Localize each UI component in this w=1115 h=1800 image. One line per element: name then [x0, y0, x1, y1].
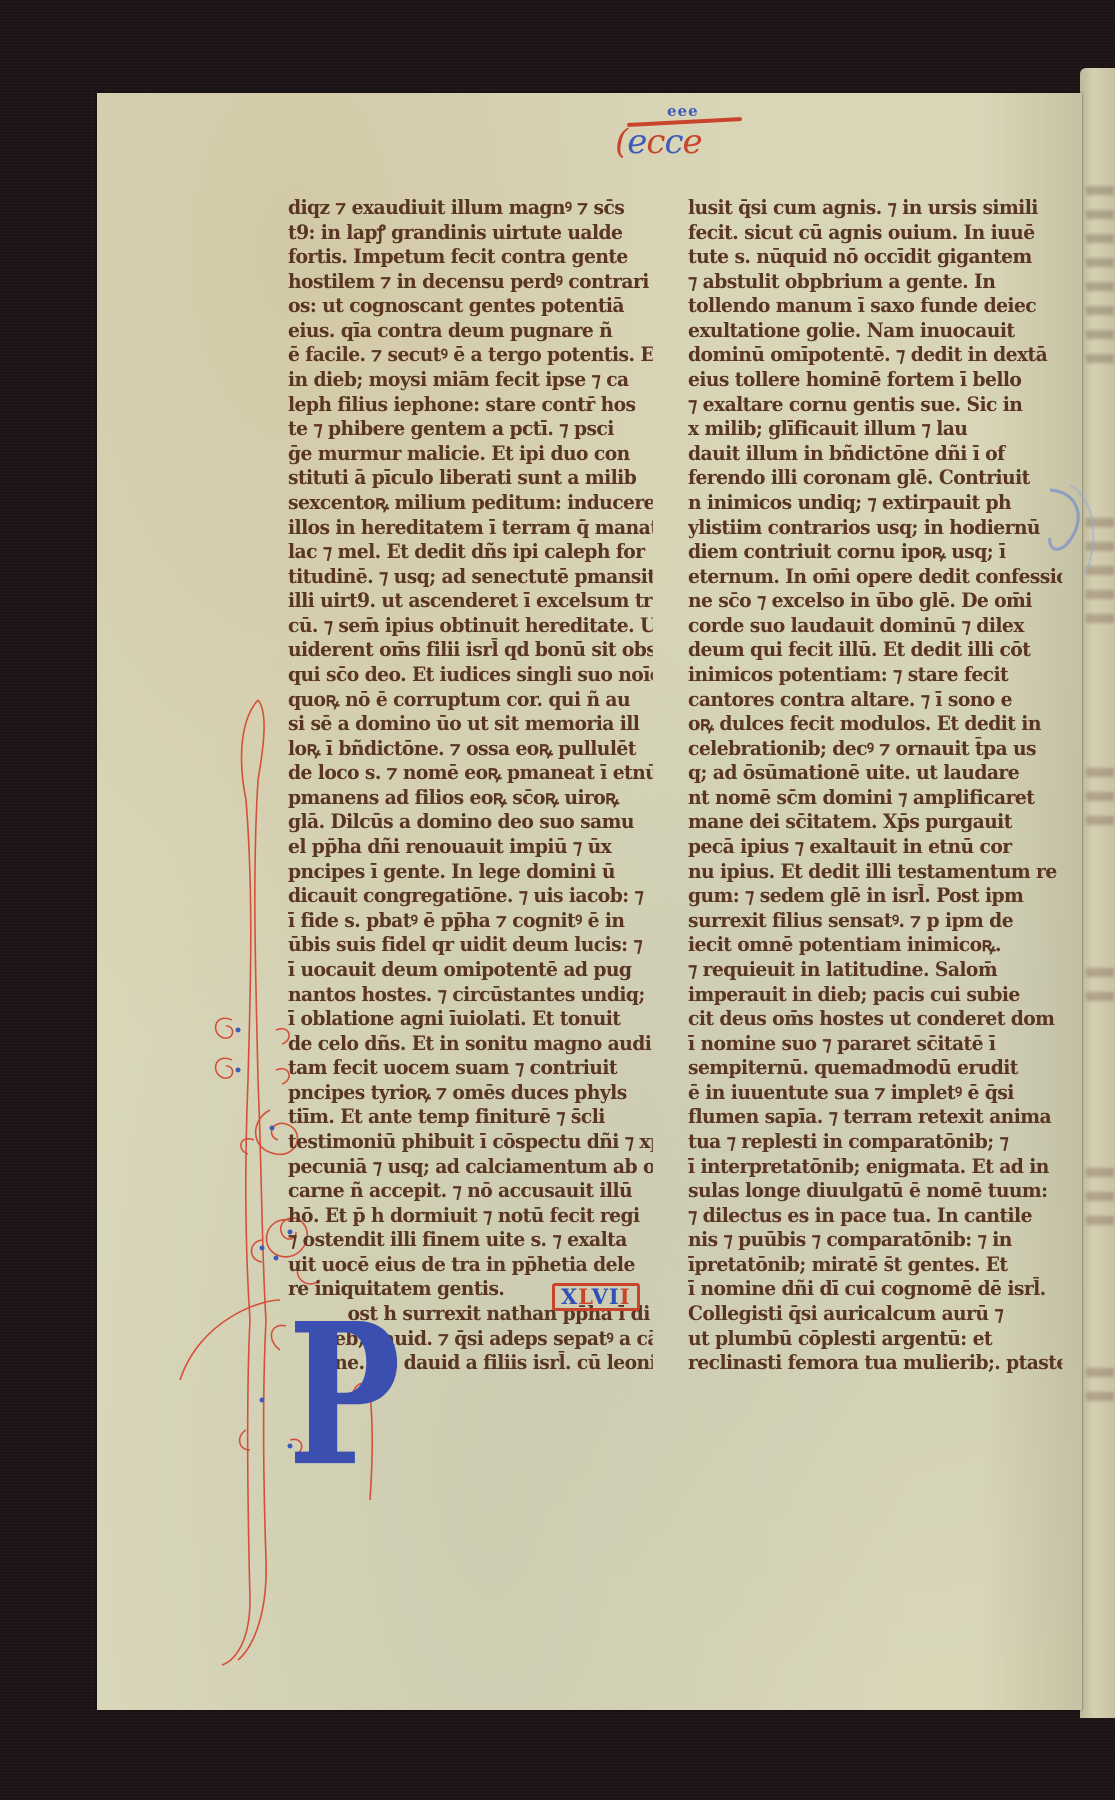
text-line: nu ipius. Et dedit illi testamentum re [688, 860, 1062, 885]
text-line: Collegisti q̄si auricalcum aurū ⁊ [688, 1302, 1062, 1327]
text-line: sempiternū. quemadmodū erudit [688, 1056, 1062, 1081]
text-line: iecit omnē potentiam inimicoꝶ. [688, 933, 1062, 958]
text-line: pncipes tyrioꝶ ⁊ omēs duces phyls [288, 1081, 653, 1106]
adjacent-folio-edge [1080, 68, 1115, 1718]
text-line: lusit q̄si cum agnis. ⁊ in ursis simili [688, 196, 1062, 221]
text-line: q; ad ōsūmationē uite. ut laudare [688, 761, 1062, 786]
text-line: ne sc̄o ⁊ excelso in ūbo glē. De om̄i [688, 589, 1062, 614]
text-line: hō. Et p̄ h dormiuit ⁊ notū fecit regi [288, 1204, 653, 1229]
text-line: pmanens ad filios eoꝶ sc̄oꝶ uiroꝶ [288, 786, 653, 811]
text-line: fecit. sicut cū agnis ouium. In iuuē [688, 221, 1062, 246]
text-line: nantos hostes. ⁊ circūstantes undiq; [288, 983, 653, 1008]
text-line: os: ut cognoscant gentes potentiā [288, 294, 653, 319]
text-line: ē in iuuentute sua ⁊ impletꝰ ē q̄si [688, 1081, 1062, 1106]
text-line: ⁊ requieuit in latitudine. Salom̄ [688, 958, 1062, 983]
text-line: cū. ⁊ sem̄ ipius obtinuit hereditate. Ut [288, 614, 653, 639]
text-line: fortis. Impetum fecit contra gente [288, 245, 653, 270]
text-line: deum qui fecit illū. Et dedit illi cōt [688, 638, 1062, 663]
text-line: uit uocē eius de tra in pp̄hetia dele [288, 1253, 653, 1278]
text-line: ḡe murmur malicie. Et ipi duo con [288, 442, 653, 467]
text-line: nt nomē sc̄m domini ⁊ amplificaret [688, 786, 1062, 811]
text-line: eius tollere hominē fortem ī bello [688, 368, 1062, 393]
text-line: oꝶ dulces fecit modulos. Et dedit in [688, 712, 1062, 737]
text-line: t9: in lapꝭ grandinis uirtute ualde [288, 221, 653, 246]
text-line: quoꝶ nō ē corruptum cor. qui ñ au [288, 688, 653, 713]
chapter-number: XLVII [552, 1283, 640, 1311]
text-line: diem contriuit cornu ipoꝶ usq; ī [688, 540, 1062, 565]
text-line: exultatione golie. Nam inuocauit [688, 319, 1062, 344]
text-line: pecā ipius ⁊ exaltauit in etnū cor [688, 835, 1062, 860]
text-line: qui sc̄o deo. Et iudices singli suo noīe [288, 663, 653, 688]
text-line: illi uirt9. ut ascenderet ī excelsum tre… [288, 589, 653, 614]
text-line: te ⁊ phibere gentem a pctī. ⁊ psci [288, 417, 653, 442]
text-line: ⁊ abstulit obpbrium a gente. In [688, 270, 1062, 295]
text-line: ferendo illi coronam glē. Contriuit [688, 466, 1062, 491]
text-line: in dieb; moysi miām fecit ipse ⁊ ca [288, 368, 653, 393]
text-line: ūbis suis fidel qr uidit deum lucis: ⁊ [288, 933, 653, 958]
text-line: ī nomine suo ⁊ pararet sc̄itatē ī [688, 1032, 1062, 1057]
text-line: uiderent om̄s filii isrl̄ qd bonū sit ob… [288, 638, 653, 663]
text-line: imperauit in dieb; pacis cui subie [688, 983, 1062, 1008]
text-line: gum: ⁊ sedem glē in isrl̄. Post ipm [688, 884, 1062, 909]
text-line: carne ñ accepit. ⁊ nō accusauit illū [288, 1179, 653, 1204]
text-column-left: diqz ⁊ exaudiuit illum magnꝰ ⁊ sc̄s t9: … [288, 196, 653, 1376]
text-line: ē facile. ⁊ secutꝰ ē a tergo potentis. E… [288, 343, 653, 368]
text-line: dauit illum in bñdictōne dñi ī of [688, 442, 1062, 467]
text-line: testimoniū phibuit ī cōspectu dñi ⁊ xp̄i… [288, 1130, 653, 1155]
text-line: cantores contra altare. ⁊ ī sono e [688, 688, 1062, 713]
text-line: illos in hereditatem ī terram q̄ manat [288, 516, 653, 541]
text-line: ī oblatione agni īuiolati. Et tonuit [288, 1007, 653, 1032]
text-line: ī nomine dñi dī cui cognomē dē isrl̄. [688, 1277, 1062, 1302]
text-line: celebrationib; decꝰ ⁊ ornauit t̄pa us [688, 737, 1062, 762]
text-line: el pp̄ha dñi renouauit impiū ⁊ ūx [288, 835, 653, 860]
decorated-initial-p: P [288, 1310, 348, 1500]
text-line: dominū omīpotentē. ⁊ dedit in dextā [688, 343, 1062, 368]
text-line: tiīm. Et ante temp finiturē ⁊ s̄cli [288, 1105, 653, 1130]
text-line: pecuniā ⁊ usq; ad calciamentum ab om̄ [288, 1155, 653, 1180]
running-head-crown: eee [667, 102, 699, 120]
running-head: eee (ecce [615, 100, 755, 170]
text-line: flumen sapīa. ⁊ terram retexit anima [688, 1105, 1062, 1130]
text-line: ī fide s. pbatꝰ ē pp̄ha ⁊ cognitꝰ ē in [288, 909, 653, 934]
text-line: eius. qīa contra deum pugnare ñ [288, 319, 653, 344]
text-line: reclinasti femora tua mulierib;. ptaste [688, 1351, 1062, 1376]
text-line: si sē a domino ūo ut sit memoria ill [288, 712, 653, 737]
text-line: stituti ā pīculo liberati sunt a milib [288, 466, 653, 491]
text-line: ⁊ exaltare cornu gentis sue. Sic in [688, 393, 1062, 418]
initial-letter: P [288, 1298, 401, 1493]
text-line: sexcentoꝶ milium peditum: inducere [288, 491, 653, 516]
text-line: eternum. In om̄i opere dedit confessio [688, 565, 1062, 590]
text-line: lac ⁊ mel. Et dedit dñs ipi caleph for [288, 540, 653, 565]
text-line: mane dei sc̄itatem. Xp̄s purgauit [688, 810, 1062, 835]
text-line: inimicos potentiam: ⁊ stare fecit [688, 663, 1062, 688]
text-line: titudinē. ⁊ usq; ad senectutē pmansit [288, 565, 653, 590]
text-line: tam fecit uocem suam ⁊ contriuit [288, 1056, 653, 1081]
text-line: surrexit filius sensatꝰ. ⁊ p ipm de [688, 909, 1062, 934]
text-line: leph filius iephone: stare contr̄ hos [288, 393, 653, 418]
text-line: nis ⁊ puūbis ⁊ comparatōnib: ⁊ in [688, 1228, 1062, 1253]
text-line: ⁊ dilectus es in pace tua. In cantile [688, 1204, 1062, 1229]
text-line: tute s. nūquid nō occīdit gigantem [688, 245, 1062, 270]
text-line: loꝶ ī bñdictōne. ⁊ ossa eoꝶ pullulēt [288, 737, 653, 762]
text-line: tollendo manum ī saxo funde deiec [688, 294, 1062, 319]
text-line: cit deus om̄s hostes ut conderet dom [688, 1007, 1062, 1032]
text-column-right: lusit q̄si cum agnis. ⁊ in ursis simili … [688, 196, 1062, 1376]
text-line: sulas longe diuulgatū ē nomē tuum: [688, 1179, 1062, 1204]
text-line: tua ⁊ replesti in comparatōnib; ⁊ [688, 1130, 1062, 1155]
text-line: hostilem ⁊ in decensu perdꝰ contrari [288, 270, 653, 295]
text-line: x milib; glīficauit illum ⁊ lau [688, 417, 1062, 442]
text-line: dicauit congregatiōne. ⁊ uis iacob: ⁊ [288, 884, 653, 909]
text-line: īpretatōnib; miratē s̄t gentes. Et [688, 1253, 1062, 1278]
text-line: de celo dñs. Et in sonitu magno audi [288, 1032, 653, 1057]
text-line: glā. Dilcūs a domino deo suo samu [288, 810, 653, 835]
text-line: ī uocauit deum omipotentē ad pug [288, 958, 653, 983]
text-line: diqz ⁊ exaudiuit illum magnꝰ ⁊ sc̄s [288, 196, 653, 221]
text-line: de loco s. ⁊ nomē eoꝶ pmaneat ī etnū [288, 761, 653, 786]
text-line: n inimicos undiq; ⁊ extirpauit ph [688, 491, 1062, 516]
text-line: ⁊ ostendit illi finem uite s. ⁊ exalta [288, 1228, 653, 1253]
running-head-title: (ecce [615, 122, 702, 162]
text-line: ī interpretatōnib; enigmata. Et ad in [688, 1155, 1062, 1180]
text-line: ylistiim contrarios usq; in hodiernū [688, 516, 1062, 541]
text-line: pncipes ī gente. In lege domini ū [288, 860, 653, 885]
text-line: ut plumbū cōplesti argentū: et [688, 1327, 1062, 1352]
text-line: corde suo laudauit dominū ⁊ dilex [688, 614, 1062, 639]
